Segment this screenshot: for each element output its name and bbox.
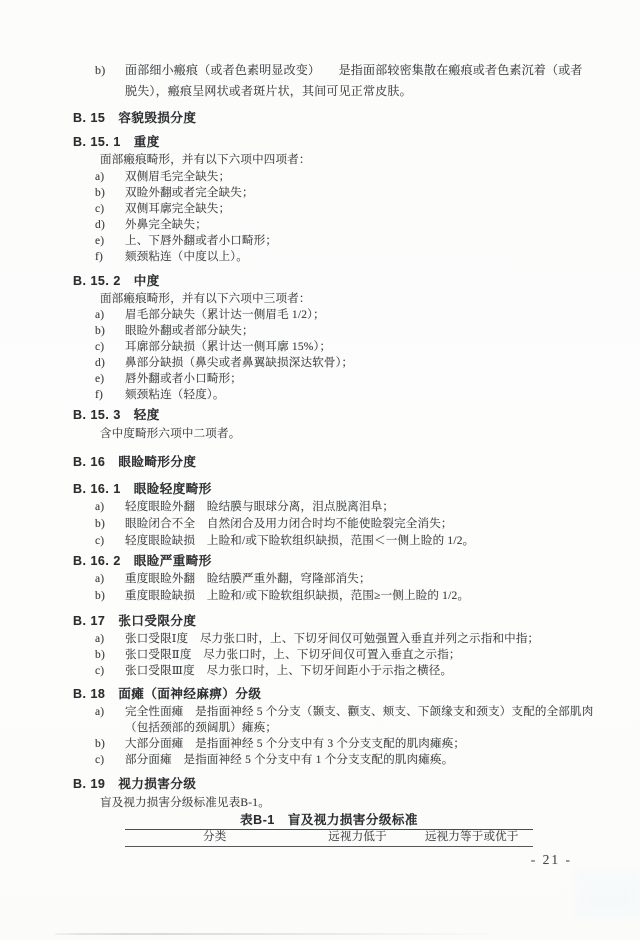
list-item: f)颏颈粘连（中度以上）。 <box>73 249 594 265</box>
item-text: 外鼻完全缺失； <box>125 217 594 233</box>
item-text: 耳廓部分缺损（累计达一侧耳廓 15%）； <box>125 339 594 355</box>
section-title: 轻度 <box>134 405 160 425</box>
paragraph-b19: 盲及视力损害分级标准见表B-1。 <box>73 795 594 812</box>
item-text: 完全性面瘫 是指面神经 5 个分支（颞支、颧支、颊支、下颌缘支和颈支）支配的全部… <box>125 704 594 736</box>
section-number: B. 16. 1 <box>73 479 121 499</box>
list-item: b)双睑外翻或者完全缺失； <box>73 185 594 201</box>
item-text: 双侧眉毛完全缺失； <box>125 169 594 185</box>
table-b1-title: 表B-1 盲及视力损害分级标准 <box>125 813 533 828</box>
item-text: 眼睑外翻或者部分缺失； <box>125 323 594 339</box>
section-number: B. 17 <box>73 611 105 631</box>
list-b15-2: a)眉毛部分缺失（累计达一侧眉毛 1/2）； b)眼睑外翻或者部分缺失； c)耳… <box>73 307 594 403</box>
scan-tint-artifact <box>576 872 640 918</box>
table-b1-col-equal-or-better: 远视力等于或优于 <box>411 831 533 844</box>
table-b1-col-category: 分类 <box>125 831 305 844</box>
list-b16-1: a)轻度眼睑外翻 睑结膜与眼球分离，泪点脱离泪阜； b)眼睑闭合不全 自然闭合及… <box>73 499 594 550</box>
item-text: 部分面瘫 是指面神经 5 个分支中有 1 个分支支配的肌肉瘫痪。 <box>125 752 594 768</box>
item-label: e) <box>95 371 125 387</box>
list-b15-1: a)双侧眉毛完全缺失； b)双睑外翻或者完全缺失； c)双侧耳廓完全缺失； d)… <box>73 169 594 265</box>
paragraph-b15-1-intro: 面部瘢痕畸形，并有以下六项中四项者： <box>73 152 594 169</box>
item-label: d) <box>95 355 125 371</box>
list-item: b)眼睑外翻或者部分缺失； <box>73 323 594 339</box>
table-b1-col-below: 远视力低于 <box>305 831 411 844</box>
list-item: e)唇外翻或者小口畸形； <box>73 371 594 387</box>
list-item: c)耳廓部分缺损（累计达一侧耳廓 15%）； <box>73 339 594 355</box>
section-heading-b16-1: B. 16. 1 眼睑轻度畸形 <box>73 479 594 499</box>
section-title: 张口受限分度 <box>118 611 196 631</box>
item-label: b) <box>95 736 125 752</box>
list-b16-2: a)重度眼睑外翻 睑结膜严重外翻，穹隆部消失； b)重度眼睑缺损 上睑和/或下睑… <box>73 571 594 605</box>
list-item: b)大部分面瘫 是指面神经 5 个分支中有 3 个分支支配的肌肉瘫痪； <box>73 736 594 752</box>
list-item: c)部分面瘫 是指面神经 5 个分支中有 1 个分支支配的肌肉瘫痪。 <box>73 752 594 768</box>
item-text: 双侧耳廓完全缺失； <box>125 201 594 217</box>
section-number: B. 16. 2 <box>73 551 121 571</box>
list-item: a)重度眼睑外翻 睑结膜严重外翻，穹隆部消失； <box>73 571 594 588</box>
paragraph-b15-3: 含中度畸形六项中二项者。 <box>73 426 594 443</box>
item-text: 双睑外翻或者完全缺失； <box>125 185 594 201</box>
document-page: b) 面部细小瘢痕（或者色素明显改变） 是指面部较密集散在瘢痕或者色素沉着（或者… <box>0 0 640 940</box>
item-text: 张口受限Ⅰ度 尽力张口时，上、下切牙间仅可勉强置入垂直并列之示指和中指； <box>125 631 594 647</box>
item-label: a) <box>95 571 125 588</box>
item-label: e) <box>95 233 125 249</box>
item-label: c) <box>95 201 125 217</box>
item-label: f) <box>95 387 125 403</box>
item-label: a) <box>95 307 125 323</box>
list-item: e)上、下唇外翻或者小口畸形； <box>73 233 594 249</box>
item-text: 轻度眼睑缺损 上睑和/或下睑软组织缺损，范围＜一侧上睑的 1/2。 <box>125 533 594 550</box>
list-b17: a)张口受限Ⅰ度 尽力张口时，上、下切牙间仅可勉强置入垂直并列之示指和中指； b… <box>73 631 594 679</box>
item-text: 面部细小瘢痕（或者色素明显改变） 是指面部较密集散在瘢痕或者色素沉着（或者脱失）… <box>125 60 594 102</box>
item-text: 眉毛部分缺失（累计达一侧眉毛 1/2）； <box>125 307 594 323</box>
section-number: B. 15. 3 <box>73 405 121 425</box>
section-title: 眼睑畸形分度 <box>118 452 196 472</box>
item-label: b) <box>95 323 125 339</box>
section-heading-b18: B. 18 面瘫（面神经麻痹）分级 <box>73 684 594 704</box>
item-label: a) <box>95 704 125 736</box>
item-label: b) <box>95 185 125 201</box>
section-number: B. 15 <box>73 108 105 128</box>
section-heading-b15-2: B. 15. 2 中度 <box>73 271 594 291</box>
list-item: c)双侧耳廓完全缺失； <box>73 201 594 217</box>
list-item: a)张口受限Ⅰ度 尽力张口时，上、下切牙间仅可勉强置入垂直并列之示指和中指； <box>73 631 594 647</box>
list-item: a)轻度眼睑外翻 睑结膜与眼球分离，泪点脱离泪阜； <box>73 499 594 516</box>
list-item-carryover-b: b) 面部细小瘢痕（或者色素明显改变） 是指面部较密集散在瘢痕或者色素沉着（或者… <box>73 60 594 102</box>
section-number: B. 16 <box>73 452 105 472</box>
section-heading-b17: B. 17 张口受限分度 <box>73 611 594 631</box>
section-number: B. 18 <box>73 684 105 704</box>
item-label: b) <box>95 60 125 102</box>
item-text: 上、下唇外翻或者小口畸形； <box>125 233 594 249</box>
section-title: 眼睑严重畸形 <box>134 551 212 571</box>
list-item: b)眼睑闭合不全 自然闭合及用力闭合时均不能使睑裂完全消失； <box>73 516 594 533</box>
item-label: b) <box>95 588 125 605</box>
section-heading-b19: B. 19 视力损害分级 <box>73 774 594 794</box>
item-text: 颏颈粘连（中度以上）。 <box>125 249 594 265</box>
item-text: 鼻部分缺损（鼻尖或者鼻翼缺损深达软骨）； <box>125 355 594 371</box>
table-b1-header-row: 分类 远视力低于 远视力等于或优于 <box>125 829 533 847</box>
item-label: d) <box>95 217 125 233</box>
item-label: c) <box>95 663 125 679</box>
scan-edge-shadow <box>54 933 524 935</box>
paragraph-b15-2-intro: 面部瘢痕畸形，并有以下六项中三项者： <box>73 291 594 307</box>
list-item: b)重度眼睑缺损 上睑和/或下睑软组织缺损，范围≥一侧上睑的 1/2。 <box>73 588 594 605</box>
item-label: c) <box>95 752 125 768</box>
item-text: 颏颈粘连（轻度）。 <box>125 387 594 403</box>
item-text: 张口受限Ⅲ度 尽力张口时，上、下切牙间距小于示指之横径。 <box>125 663 594 679</box>
item-label: b) <box>95 516 125 533</box>
list-item: a)眉毛部分缺失（累计达一侧眉毛 1/2）； <box>73 307 594 323</box>
item-text: 重度眼睑外翻 睑结膜严重外翻，穹隆部消失； <box>125 571 594 588</box>
item-label: c) <box>95 533 125 550</box>
section-title: 中度 <box>134 271 160 291</box>
section-title: 视力损害分级 <box>118 774 196 794</box>
section-heading-b15-1: B. 15. 1 重度 <box>73 132 594 152</box>
item-label: a) <box>95 631 125 647</box>
list-item: a)完全性面瘫 是指面神经 5 个分支（颞支、颧支、颊支、下颌缘支和颈支）支配的… <box>73 704 594 736</box>
item-text: 轻度眼睑外翻 睑结膜与眼球分离，泪点脱离泪阜； <box>125 499 594 516</box>
section-number: B. 15. 1 <box>73 132 121 152</box>
list-item: d)外鼻完全缺失； <box>73 217 594 233</box>
item-label: a) <box>95 499 125 516</box>
item-text: 眼睑闭合不全 自然闭合及用力闭合时均不能使睑裂完全消失； <box>125 516 594 533</box>
section-title: 容貌毁损分度 <box>118 108 196 128</box>
item-text: 张口受限Ⅱ度 尽力张口时，上、下切牙间仅可置入垂直之示指； <box>125 647 594 663</box>
list-item: a)双侧眉毛完全缺失； <box>73 169 594 185</box>
list-item: c)张口受限Ⅲ度 尽力张口时，上、下切牙间距小于示指之横径。 <box>73 663 594 679</box>
section-heading-b15-3: B. 15. 3 轻度 <box>73 405 594 425</box>
item-label: a) <box>95 169 125 185</box>
list-item: b)张口受限Ⅱ度 尽力张口时，上、下切牙间仅可置入垂直之示指； <box>73 647 594 663</box>
item-label: b) <box>95 647 125 663</box>
section-title: 面瘫（面神经麻痹）分级 <box>118 684 261 704</box>
section-number: B. 19 <box>73 774 105 794</box>
item-text: 重度眼睑缺损 上睑和/或下睑软组织缺损，范围≥一侧上睑的 1/2。 <box>125 588 594 605</box>
section-heading-b15: B. 15 容貌毁损分度 <box>73 108 594 128</box>
list-item: c)轻度眼睑缺损 上睑和/或下睑软组织缺损，范围＜一侧上睑的 1/2。 <box>73 533 594 550</box>
item-text: 大部分面瘫 是指面神经 5 个分支中有 3 个分支支配的肌肉瘫痪； <box>125 736 594 752</box>
section-number: B. 15. 2 <box>73 271 121 291</box>
page-content: b) 面部细小瘢痕（或者色素明显改变） 是指面部较密集散在瘢痕或者色素沉着（或者… <box>0 0 640 940</box>
list-item: f)颏颈粘连（轻度）。 <box>73 387 594 403</box>
item-text: 唇外翻或者小口畸形； <box>125 371 594 387</box>
item-label: c) <box>95 339 125 355</box>
section-title: 眼睑轻度畸形 <box>134 479 212 499</box>
page-number: - 21 - <box>73 852 594 867</box>
section-heading-b16-2: B. 16. 2 眼睑严重畸形 <box>73 551 594 571</box>
list-item: d)鼻部分缺损（鼻尖或者鼻翼缺损深达软骨）； <box>73 355 594 371</box>
section-title: 重度 <box>134 132 160 152</box>
list-b18: a)完全性面瘫 是指面神经 5 个分支（颞支、颧支、颊支、下颌缘支和颈支）支配的… <box>73 704 594 768</box>
section-heading-b16: B. 16 眼睑畸形分度 <box>73 452 594 472</box>
table-b1: 表B-1 盲及视力损害分级标准 分类 远视力低于 远视力等于或优于 <box>125 813 533 847</box>
item-label: f) <box>95 249 125 265</box>
